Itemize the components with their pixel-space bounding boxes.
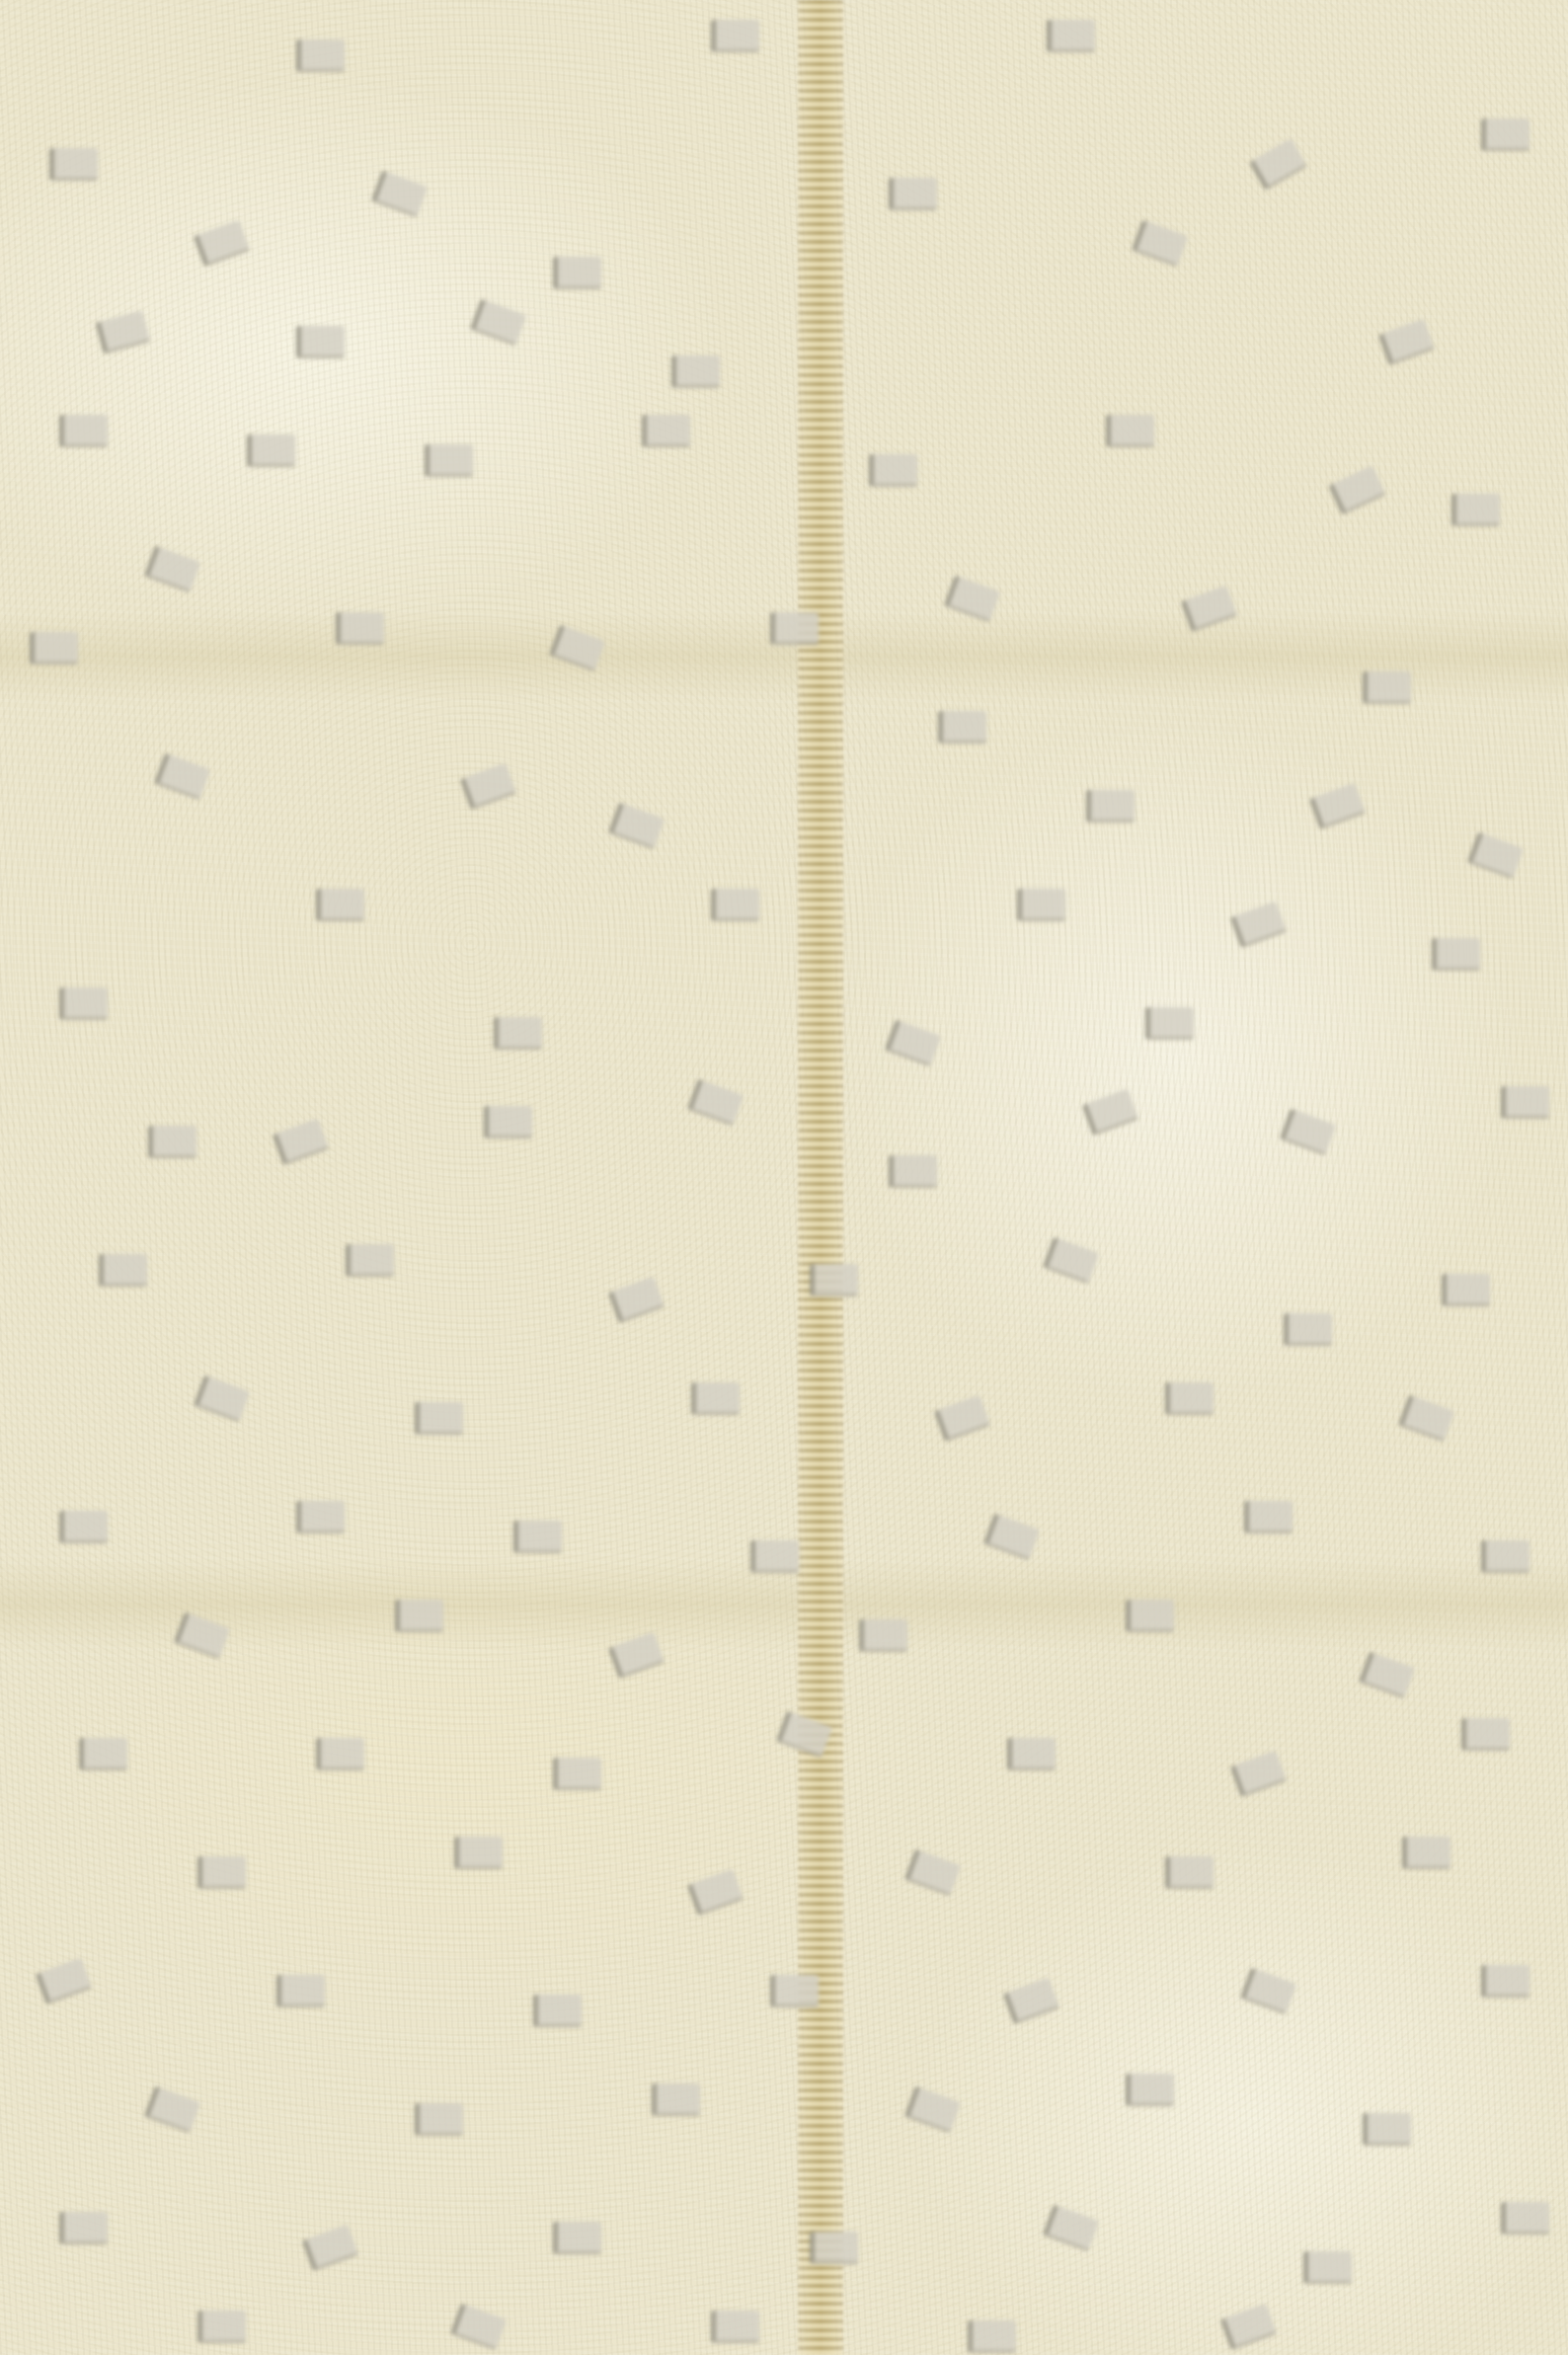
rug-motif (711, 2311, 759, 2343)
rug-motif (316, 1738, 364, 1770)
rug-motif (276, 1975, 325, 2007)
rug-motif (59, 987, 108, 1020)
rug-motif (1106, 415, 1154, 447)
rug-motif (1007, 1738, 1056, 1770)
rug-motif (1303, 2251, 1352, 2284)
rug-motif (415, 2103, 463, 2136)
rug-motif (494, 1017, 542, 1050)
rug-motif (197, 2311, 246, 2343)
rug-motif (770, 612, 819, 645)
rug-motif (553, 1758, 601, 1790)
rug-motif (59, 1511, 108, 1543)
rug-motif (553, 2222, 601, 2254)
rug-motif (1501, 2202, 1549, 2235)
rug-motif (484, 1106, 532, 1138)
rug-motif (938, 711, 986, 744)
rug-motif (1165, 1382, 1214, 1415)
rug-motif (1461, 1718, 1510, 1751)
rug-motif (148, 1126, 196, 1158)
rug-motif (1126, 2074, 1174, 2106)
rug-motif (30, 632, 78, 665)
rug-photo (0, 0, 1568, 2355)
rug-motif (454, 1837, 503, 1869)
rug-motif (395, 1600, 443, 1632)
rug-motif (197, 1856, 246, 1889)
rug-motif (889, 178, 937, 210)
rug-motif (770, 1975, 819, 2007)
rug-motif (711, 889, 759, 921)
rug-motif (59, 2212, 108, 2244)
rug-motif (1402, 1837, 1450, 1869)
rug-motif (1481, 1965, 1529, 1998)
rug-motif (642, 415, 690, 447)
rug-motif (1442, 1274, 1490, 1306)
rug-motif (1451, 494, 1500, 526)
rug-motif (810, 2232, 858, 2264)
rug-motif (1363, 671, 1411, 704)
rug-motif (1481, 1540, 1529, 1573)
rug-motif (247, 434, 295, 467)
rug-motif (296, 326, 345, 358)
rug-motif (859, 1619, 907, 1652)
rug-motif (79, 1738, 127, 1770)
rug-motif (513, 1521, 562, 1553)
rug-motif (346, 1244, 394, 1277)
rug-motif (1047, 20, 1095, 52)
rug-motif (59, 415, 108, 447)
rug-motif (316, 889, 364, 921)
rug-motif (671, 355, 720, 388)
rug-motif (296, 1501, 345, 1533)
rug-motif (1017, 889, 1065, 921)
rug-motif (99, 1254, 147, 1287)
rug-motif (691, 1382, 740, 1415)
rug-motif (415, 1402, 463, 1435)
rug-motif (869, 454, 917, 487)
rug-motif (1086, 790, 1135, 823)
rug-motif (49, 148, 98, 181)
rug-motif (533, 1995, 582, 2027)
rug-motif (1165, 1856, 1214, 1889)
rug-motif (1481, 118, 1529, 151)
rug-motif (1145, 1007, 1194, 1040)
rug-motif (336, 612, 384, 645)
rug-motif (1363, 2113, 1411, 2146)
rug-motif (296, 39, 345, 72)
rug-motif (652, 2083, 700, 2116)
rug-motif (553, 257, 601, 289)
rug-motif (1244, 1501, 1293, 1533)
rug-motif (711, 20, 759, 52)
rug-motif (889, 1155, 937, 1188)
rug-motif (750, 1540, 799, 1573)
rug-motif (1126, 1600, 1174, 1632)
rug-motif (1284, 1313, 1332, 1346)
rug-motif (968, 2320, 1016, 2353)
rug-motif (810, 1264, 858, 1296)
rug-motif (1501, 1086, 1549, 1119)
rug-motif (425, 444, 473, 477)
rug-motif (1432, 938, 1480, 971)
rug-fold-shadow (0, 1560, 1568, 1649)
